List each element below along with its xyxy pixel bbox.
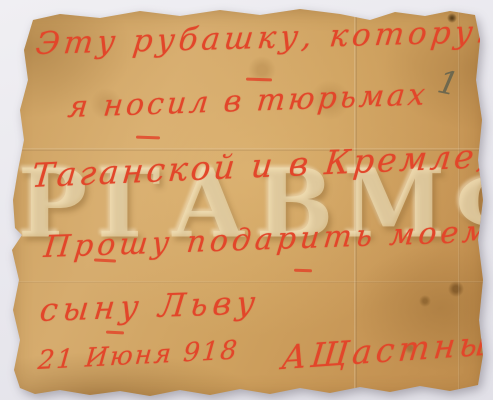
scan-background: РГАВМФ Эту рубашку, которую я носил в тю… xyxy=(0,0,493,400)
ink-underline-stroke xyxy=(106,331,124,335)
handwritten-note-paper: РГАВМФ Эту рубашку, которую я носил в тю… xyxy=(10,8,486,398)
handwriting-line-5: сыну Льву xyxy=(38,283,262,329)
pencil-page-number: 1 xyxy=(434,62,462,103)
fold-crease-horizontal-lower xyxy=(10,281,486,283)
ink-underline-stroke xyxy=(136,136,160,140)
date-text: 21 Июня 918 xyxy=(37,335,241,376)
ink-underline-stroke xyxy=(246,78,272,82)
signature-text: АЩастный xyxy=(280,321,493,377)
ink-underline-stroke xyxy=(294,269,312,273)
handwriting-line-1: Эту рубашку, которую xyxy=(34,14,493,62)
paper-shadow-wrap: РГАВМФ Эту рубашку, которую я носил в тю… xyxy=(10,8,486,398)
handwriting-line-2: я носил в тюрьмах xyxy=(66,77,430,125)
